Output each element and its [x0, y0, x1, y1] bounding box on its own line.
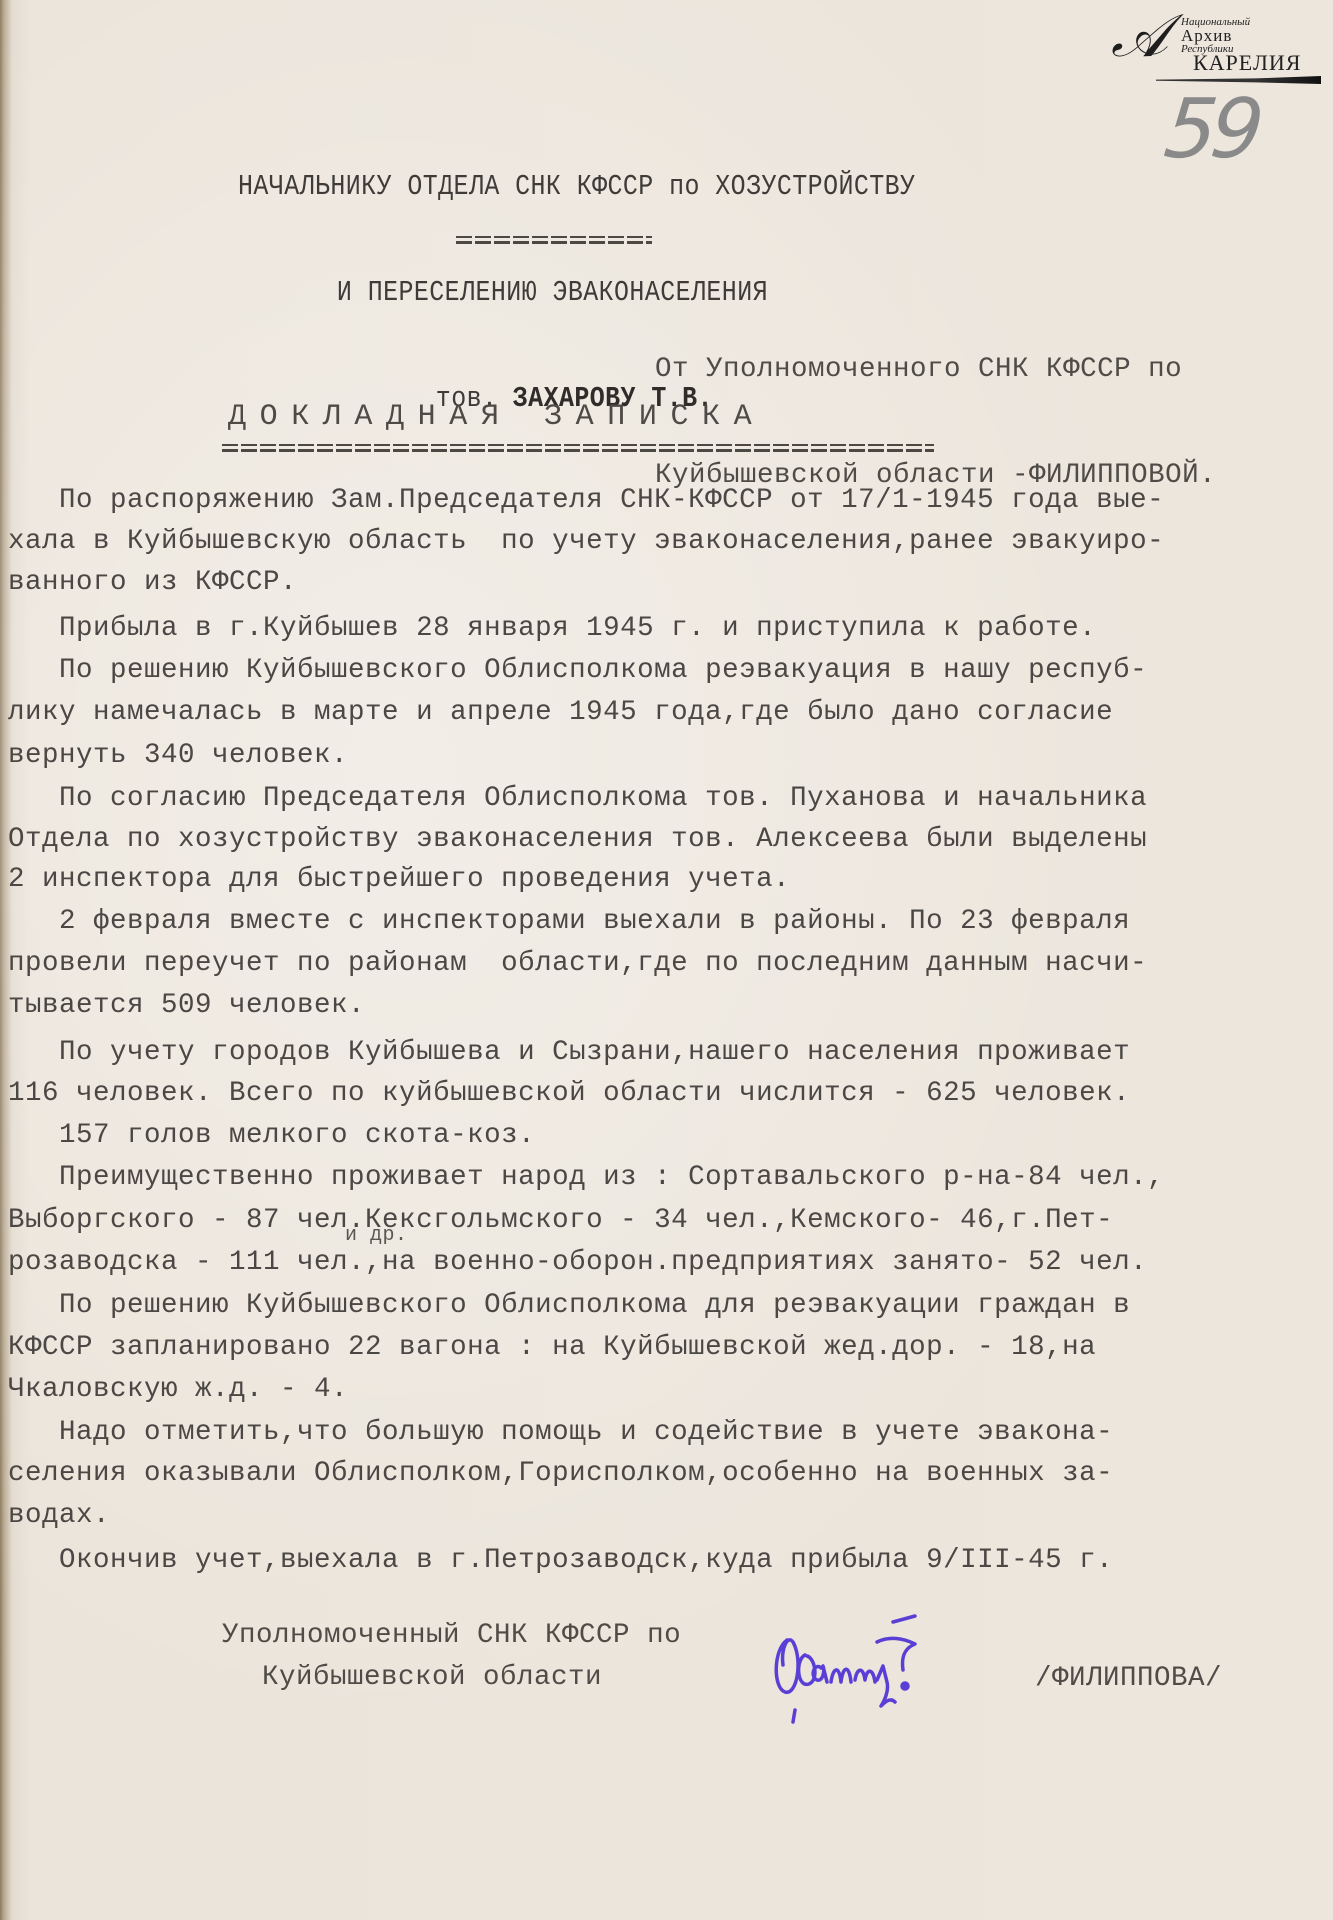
body-line: Выборгского - 87 чел.Кексгольмского - 34…	[8, 1205, 1113, 1236]
body-line: вернуть 340 человек.	[8, 740, 348, 771]
body-line: ванного из КФССР.	[8, 567, 297, 598]
body-line: По решению Куйбышевского Облисполкома ре…	[8, 655, 1147, 686]
body-line: Окончив учет,выехала в г.Петрозаводск,ку…	[8, 1545, 1113, 1576]
body-line: 2 февраля вместе с инспекторами выехали …	[8, 906, 1130, 937]
body-line: По согласию Председателя Облисполкома то…	[8, 783, 1147, 814]
body-line: По учету городов Куйбышева и Сызрани,наш…	[8, 1037, 1130, 1068]
body-line: Надо отметить,что большую помощь и содей…	[8, 1417, 1113, 1448]
title-underline	[222, 444, 934, 452]
body-line: селения оказывали Облисполком,Горисполко…	[8, 1458, 1113, 1489]
body-line: розаводска - 111 чел.,на военно-оборон.п…	[8, 1247, 1147, 1278]
body-line: Прибыла в г.Куйбышев 28 января 1945 г. и…	[8, 613, 1096, 644]
logo-line-4: КАРЕЛИЯ	[1193, 50, 1301, 76]
signature-title-line-1: Уполномоченный СНК КФССР по	[222, 1620, 681, 1651]
body-line: 2 инспектора для быстрейшего проведения …	[8, 864, 790, 895]
body-line: хала в Куйбышевскую область по учету эва…	[8, 526, 1164, 557]
body-line: провели переучет по районам области,где …	[8, 948, 1147, 979]
body-line: Чкаловскую ж.д. - 4.	[8, 1374, 348, 1405]
body-line: тывается 509 человек.	[8, 990, 365, 1021]
body-line: 116 человек. Всего по куйбышевской облас…	[8, 1078, 1130, 1109]
body-line: водах.	[8, 1500, 110, 1531]
addressee-underline	[456, 236, 652, 244]
body-line: Преимущественно проживает народ из : Сор…	[8, 1162, 1164, 1193]
body-line: 157 голов мелкого скота-коз.	[8, 1120, 535, 1151]
document-page: 𝒜 Национальный Архив Республики КАРЕЛИЯ …	[0, 0, 1333, 1920]
handwritten-insert: и др.	[345, 1224, 408, 1247]
body-line: КФССР запланировано 22 вагона : на Куйбы…	[8, 1332, 1096, 1363]
body-line: Отдела по хозустройству эваконаселения т…	[8, 824, 1147, 855]
ink-signature-icon	[765, 1610, 1025, 1730]
addressee-line-1: НАЧАЛЬНИКУ ОТДЕЛА СНК КФССР по ХОЗУСТРОЙ…	[238, 170, 915, 210]
body-line: лику намечалась в марте и апреле 1945 го…	[8, 697, 1113, 728]
body-line: По распоряжению Зам.Председателя СНК-КФС…	[8, 485, 1164, 516]
signature-title-line-2: Куйбышевской области	[262, 1662, 602, 1693]
signatory-name: /ФИЛИППОВА/	[1035, 1663, 1222, 1694]
handwritten-page-number: 59	[1160, 82, 1262, 177]
logo-monogram-icon: 𝒜	[1111, 6, 1168, 66]
archive-logo: 𝒜 Национальный Архив Республики КАРЕЛИЯ	[1101, 6, 1321, 86]
body-line: По решению Куйбышевского Облисполкома дл…	[8, 1290, 1130, 1321]
sender-line-1: От Уполномоченного СНК КФССР по	[655, 354, 1216, 398]
document-title: ДОКЛАДНАЯ ЗАПИСКА	[228, 400, 765, 434]
